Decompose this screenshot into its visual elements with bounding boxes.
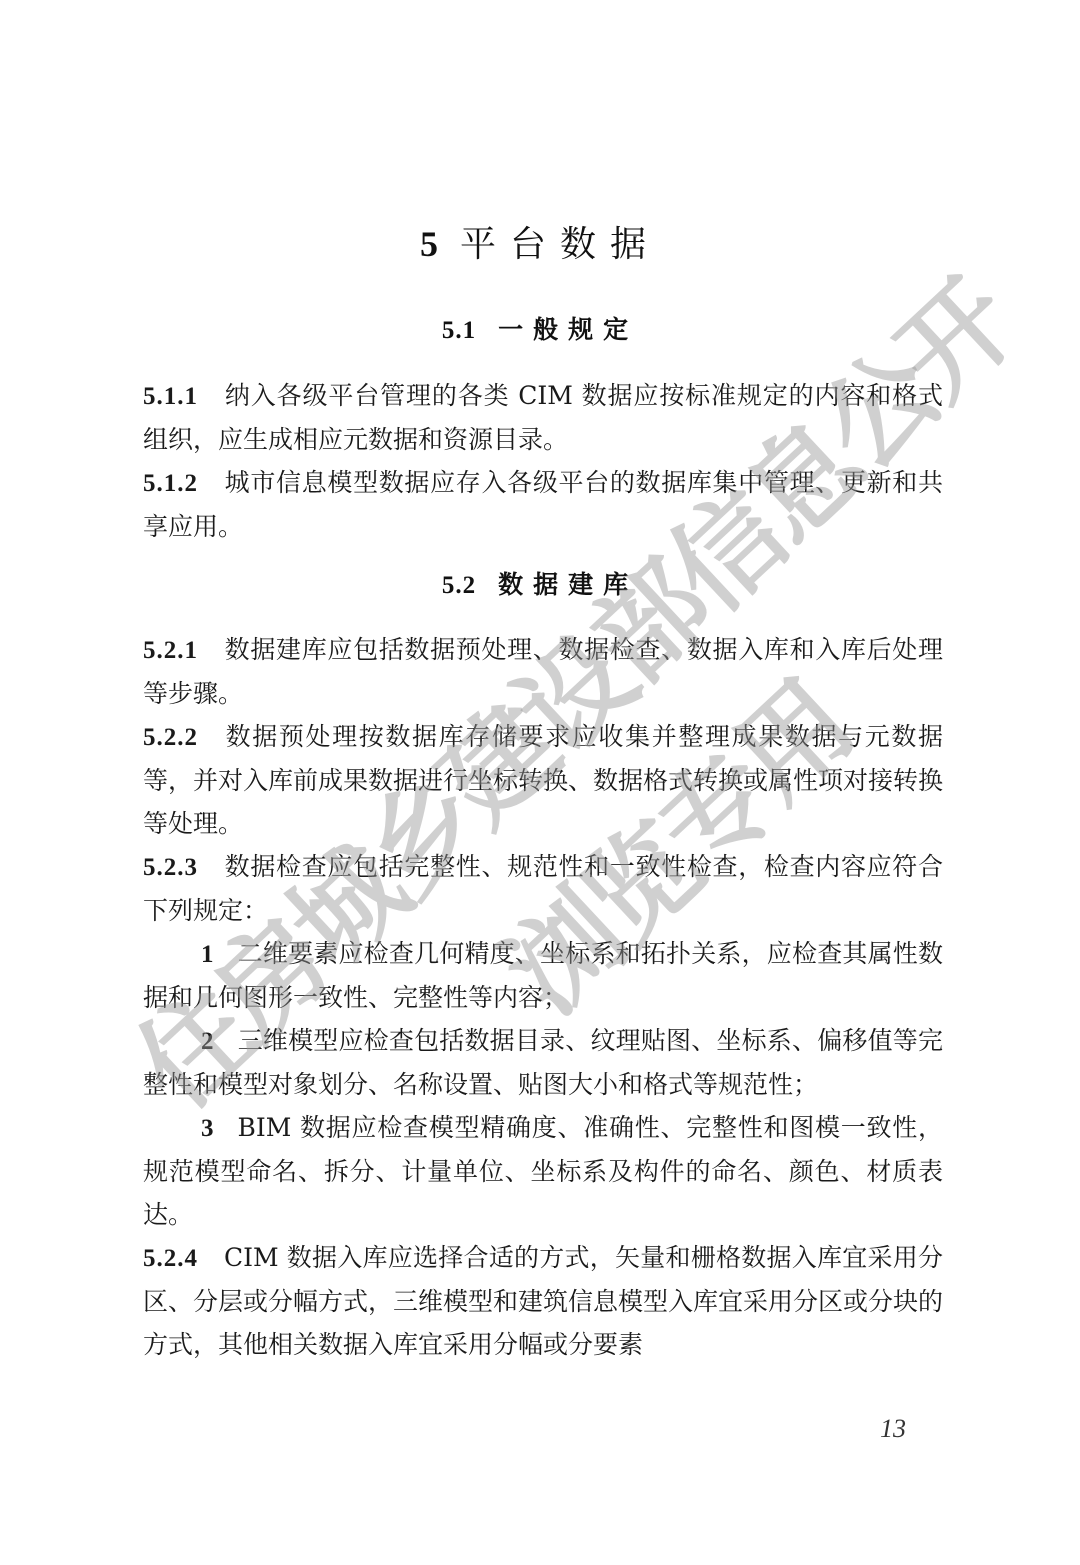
item-text: BIM 数据应检查模型精确度、准确性、完整性和图模一致性，规范模型命名、拆分、计… [143, 1113, 943, 1229]
section-title-text: 数据建库 [498, 570, 638, 599]
section-title-5-2: 5.2数据建库 [0, 568, 1080, 603]
chapter-number: 5 [420, 224, 438, 264]
clause-text: 数据预处理按数据库存储要求应收集并整理成果数据与元数据等，并对入库前成果数据进行… [143, 722, 943, 838]
document-page: 5平台数据 5.1一般规定 5.1.1纳入各级平台管理的各类 CIM 数据应按标… [0, 0, 1080, 1565]
clause-text: 数据检查应包括完整性、规范性和一致性检查，检查内容应符合下列规定： [143, 852, 943, 925]
clause-5-2-1: 5.2.1数据建库应包括数据预处理、数据检查、数据入库和入库后处理等步骤。 [143, 628, 943, 715]
item-number: 2 [201, 1028, 214, 1055]
section-title-text: 一般规定 [498, 315, 638, 344]
list-item-3: 3BIM 数据应检查模型精确度、准确性、完整性和图模一致性，规范模型命名、拆分、… [143, 1106, 943, 1236]
section-5-1-body: 5.1.1纳入各级平台管理的各类 CIM 数据应按标准规定的内容和格式组织，应生… [143, 374, 943, 548]
clause-text: 城市信息模型数据应存入各级平台的数据库集中管理、更新和共享应用。 [143, 468, 943, 541]
clause-text: 纳入各级平台管理的各类 CIM 数据应按标准规定的内容和格式组织，应生成相应元数… [143, 381, 943, 454]
section-title-5-1: 5.1一般规定 [0, 313, 1080, 348]
clause-number: 5.2.4 [143, 1245, 198, 1272]
chapter-title: 5平台数据 [0, 222, 1080, 267]
section-number: 5.2 [442, 572, 476, 599]
section-5-2-body: 5.2.1数据建库应包括数据预处理、数据检查、数据入库和入库后处理等步骤。 5.… [143, 628, 943, 1366]
item-text: 二维要素应检查几何精度、坐标系和拓扑关系，应检查其属性数据和几何图形一致性、完整… [143, 939, 943, 1012]
clause-number: 5.1.1 [143, 383, 198, 410]
clause-5-2-4: 5.2.4CIM 数据入库应选择合适的方式，矢量和栅格数据入库宜采用分区、分层或… [143, 1236, 943, 1366]
chapter-title-text: 平台数据 [460, 224, 660, 265]
clause-5-2-2: 5.2.2数据预处理按数据库存储要求应收集并整理成果数据与元数据等，并对入库前成… [143, 715, 943, 845]
clause-number: 5.1.2 [143, 470, 198, 497]
page-number: 13 [880, 1414, 906, 1444]
clause-5-2-3: 5.2.3数据检查应包括完整性、规范性和一致性检查，检查内容应符合下列规定： [143, 845, 943, 932]
clause-number: 5.2.2 [143, 724, 198, 751]
item-text: 三维模型应检查包括数据目录、纹理贴图、坐标系、偏移值等完整性和模型对象划分、名称… [143, 1026, 943, 1099]
list-item-1: 1二维要素应检查几何精度、坐标系和拓扑关系，应检查其属性数据和几何图形一致性、完… [143, 932, 943, 1019]
list-item-2: 2三维模型应检查包括数据目录、纹理贴图、坐标系、偏移值等完整性和模型对象划分、名… [143, 1019, 943, 1106]
clause-text: CIM 数据入库应选择合适的方式，矢量和栅格数据入库宜采用分区、分层或分幅方式，… [143, 1243, 943, 1359]
item-number: 3 [201, 1115, 214, 1142]
clause-5-1-1: 5.1.1纳入各级平台管理的各类 CIM 数据应按标准规定的内容和格式组织，应生… [143, 374, 943, 461]
item-number: 1 [201, 941, 214, 968]
clause-text: 数据建库应包括数据预处理、数据检查、数据入库和入库后处理等步骤。 [143, 635, 943, 708]
clause-5-1-2: 5.1.2城市信息模型数据应存入各级平台的数据库集中管理、更新和共享应用。 [143, 461, 943, 548]
clause-number: 5.2.3 [143, 854, 198, 881]
clause-number: 5.2.1 [143, 637, 198, 664]
section-number: 5.1 [442, 317, 476, 344]
